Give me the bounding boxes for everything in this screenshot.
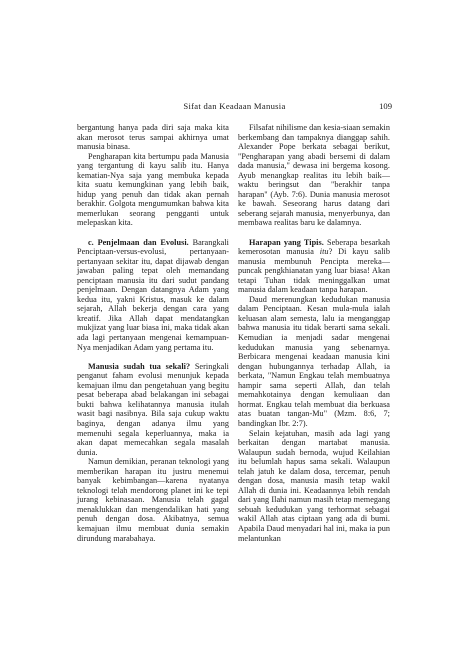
text-run-italic: itu [320,247,329,256]
book-page: Sifat dan Keadaan Manusia 109 bergantung… [0,0,460,650]
paragraph: Harapan yang Tipis. Seberapa besarkah ke… [238,238,390,295]
text-run: Pengharapan kita bertumpu pada Manusia y… [77,152,229,228]
text-run: bergantung hanya pada diri saja maka kit… [77,123,229,151]
paragraph: Manusia sudah tua sekali? Seringkali pen… [77,362,229,457]
running-header: Sifat dan Keadaan Manusia 109 [77,100,392,112]
body-text: bergantung hanya pada diri saja maka kit… [77,123,390,543]
text-run: Selain kejatuhan, masih ada lagi yang be… [238,429,390,543]
paragraph: c. Penjelmaan dan Evolusi. Barangkali Pe… [77,238,229,353]
paragraph: Namun demikian, peranan teknologi yang m… [77,457,229,543]
paragraph: Filsafat nihilisme dan kesia-siaan semak… [238,123,390,228]
run-in-heading: Harapan yang Tipis. [249,238,324,247]
running-title: Sifat dan Keadaan Manusia [77,100,392,112]
text-run: Namun demikian, peranan teknologi yang m… [77,457,229,542]
paragraph: Pengharapan kita bertumpu pada Manusia y… [77,152,229,228]
paragraph: bergantung hanya pada diri saja maka kit… [77,123,229,152]
column-left: bergantung hanya pada diri saja maka kit… [77,123,229,543]
page-number: 109 [379,100,392,112]
column-right: Filsafat nihilisme dan kesia-siaan semak… [238,123,390,543]
text-run: Seringkali penganut faham evolusi menunj… [77,362,229,457]
text-run: Daud merenungkan kedudukan manusia dalam… [238,295,390,428]
run-in-heading: c. Penjelmaan dan Evolusi. [88,238,189,247]
run-in-heading: Manusia sudah tua sekali? [88,362,190,371]
text-run: Barangkali Penciptaan-versus-evolusi, pe… [77,238,229,352]
paragraph: Selain kejatuhan, masih ada lagi yang be… [238,429,390,544]
paragraph: Daud merenungkan kedudukan manusia dalam… [238,295,390,429]
text-run: Filsafat nihilisme dan kesia-siaan semak… [238,123,390,227]
